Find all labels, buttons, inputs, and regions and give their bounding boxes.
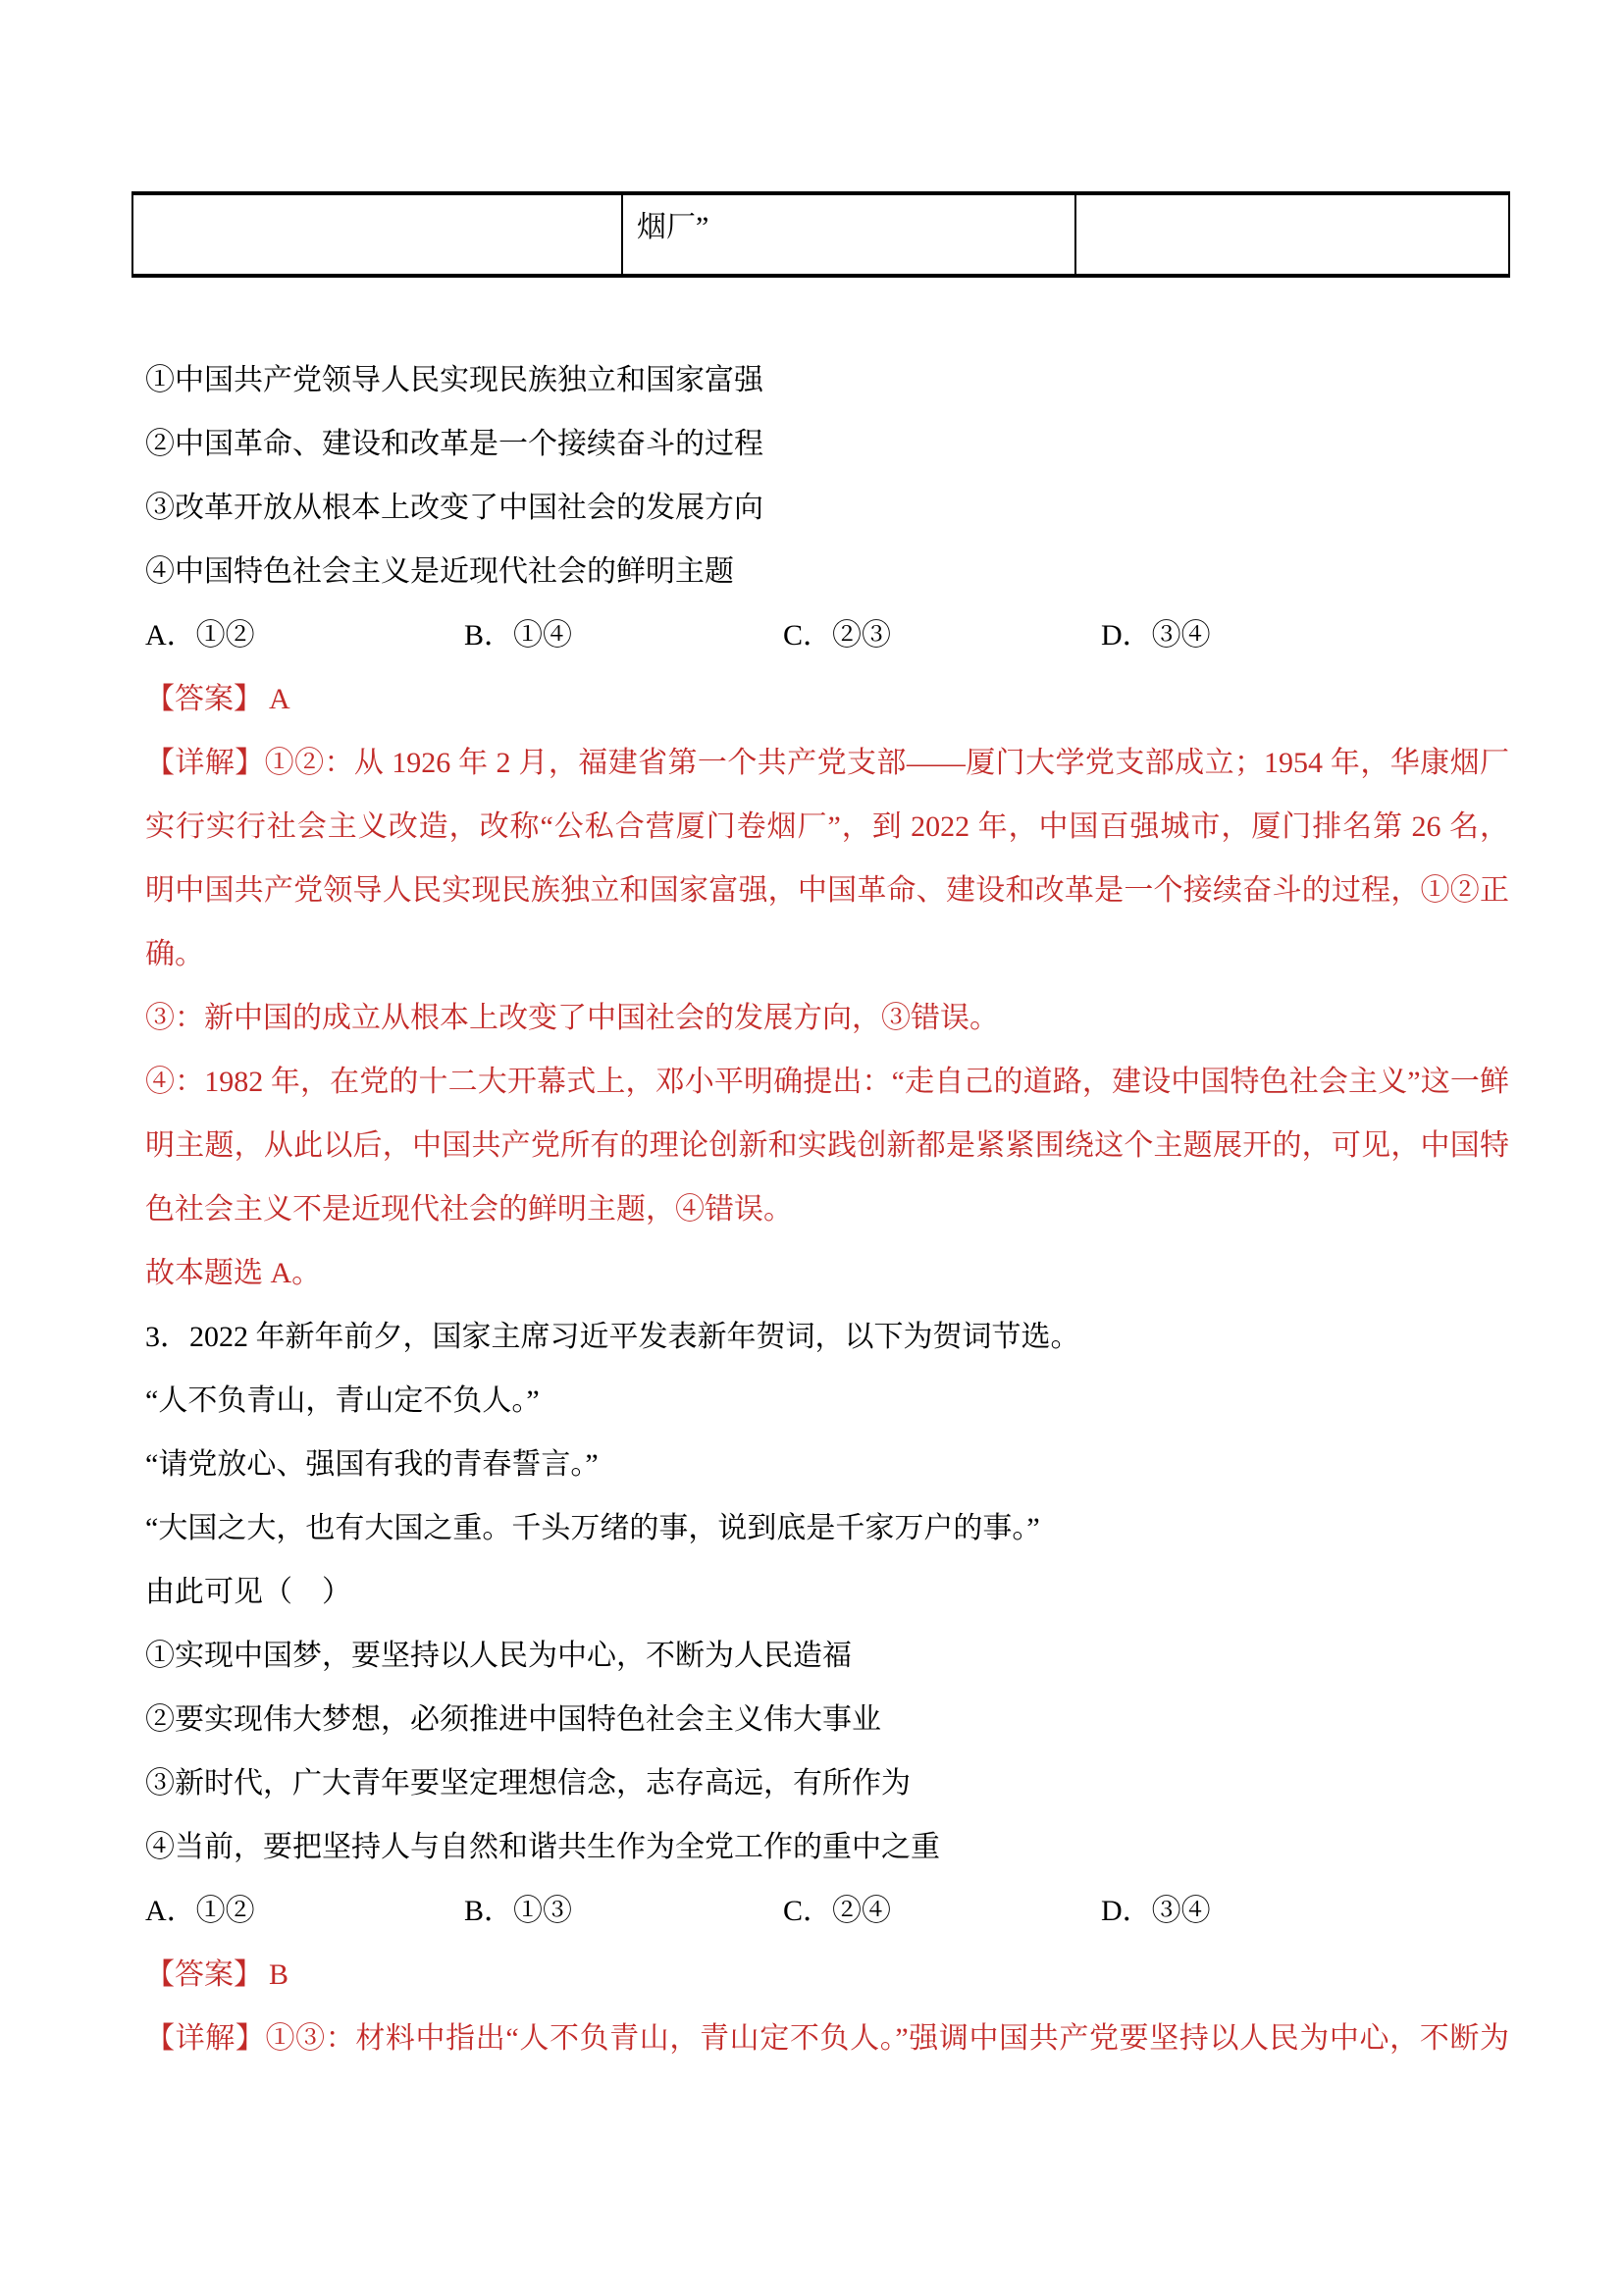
q2-options-row: A．①② B．①④ C．②③ D．③④ xyxy=(145,603,1509,667)
q3-options-row: A．①② B．①③ C．②④ D．③④ xyxy=(145,1879,1509,1943)
q2-analysis-line: 【详解】①②：从 1926 年 2 月，福建省第一个共产党支部——厦门大学党支部… xyxy=(145,731,1509,795)
q2-analysis-line: ③：新中国的成立从根本上改变了中国社会的发展方向，③错误。 xyxy=(145,986,1509,1050)
q3-answer-line: 【答案】B xyxy=(145,1943,1509,2007)
q3-prompt: 由此可见（ ） xyxy=(145,1560,1509,1624)
q2-statement-3: ③改革开放从根本上改变了中国社会的发展方向 xyxy=(145,476,1509,540)
q3-option-b: B．①③ xyxy=(464,1879,783,1943)
q2-analysis-line: ④：1982 年，在党的十二大开幕式上，邓小平明确提出：“走自己的道路，建设中国… xyxy=(145,1050,1509,1114)
q2-option-b: B．①④ xyxy=(464,603,783,667)
q3-statement-1: ①实现中国梦，要坚持以人民为中心，不断为人民造福 xyxy=(145,1624,1509,1688)
q3-option-a: A．①② xyxy=(145,1879,464,1943)
q2-analysis-line: 明主题，从此以后，中国共产党所有的理论创新和实践创新都是紧紧围绕这个主题展开的，… xyxy=(145,1114,1509,1177)
q3-quote-1: “人不负青山，青山定不负人。” xyxy=(145,1369,1509,1433)
q3-quote-2: “请党放心、强国有我的青春誓言。” xyxy=(145,1433,1509,1496)
q2-answer-line: 【答案】A xyxy=(145,667,1509,731)
q3-statement-3: ③新时代，广大青年要坚定理想信念，志存高远，有所作为 xyxy=(145,1751,1509,1815)
q2-option-c: C．②③ xyxy=(783,603,1101,667)
q2-analysis-line: 确。 xyxy=(145,922,1509,986)
q2-statement-1: ①中国共产党领导人民实现民族独立和国家富强 xyxy=(145,348,1509,412)
q3-option-d: D．③④ xyxy=(1101,1879,1509,1943)
q2-statement-2: ②中国革命、建设和改革是一个接续奋斗的过程 xyxy=(145,412,1509,476)
document-body: ①中国共产党领导人民实现民族独立和国家富强 ②中国革命、建设和改革是一个接续奋斗… xyxy=(145,348,1509,2070)
table-cell-left xyxy=(133,195,621,274)
q3-analysis-line: 【详解】①③：材料中指出“人不负青山，青山定不负人。”强调中国共产党要坚持以人民… xyxy=(145,2007,1509,2070)
q2-option-a: A．①② xyxy=(145,603,464,667)
q2-answer-value: A xyxy=(269,683,290,715)
q2-statement-4: ④中国特色社会主义是近现代社会的鲜明主题 xyxy=(145,540,1509,603)
q3-option-c: C．②④ xyxy=(783,1879,1101,1943)
carryover-table: 烟厂” xyxy=(131,191,1510,278)
q2-option-d: D．③④ xyxy=(1101,603,1509,667)
q2-conclusion-line: 故本题选 A。 xyxy=(145,1241,1509,1305)
q2-analysis-line: 色社会主义不是近现代社会的鲜明主题，④错误。 xyxy=(145,1177,1509,1241)
q3-answer-value: B xyxy=(269,1958,288,1991)
q3-answer-tag: 【答案】 xyxy=(145,1958,263,1991)
table-cell-right xyxy=(1074,195,1508,274)
q3-statement-4: ④当前，要把坚持人与自然和谐共生作为全党工作的重中之重 xyxy=(145,1815,1509,1879)
table-cell-middle: 烟厂” xyxy=(621,195,1074,274)
q3-statement-2: ②要实现伟大梦想，必须推进中国特色社会主义伟大事业 xyxy=(145,1688,1509,1751)
q3-quote-3: “大国之大，也有大国之重。千头万绪的事，说到底是千家万户的事。” xyxy=(145,1496,1509,1560)
exam-document-page: 烟厂” ①中国共产党领导人民实现民族独立和国家富强 ②中国革命、建设和改革是一个… xyxy=(0,0,1623,2296)
q3-question: 3．2022 年新年前夕，国家主席习近平发表新年贺词，以下为贺词节选。 xyxy=(145,1305,1509,1369)
q2-answer-tag: 【答案】 xyxy=(145,683,263,715)
q2-analysis-line: 明中国共产党领导人民实现民族独立和国家富强，中国革命、建设和改革是一个接续奋斗的… xyxy=(145,859,1509,922)
q2-analysis-line: 实行实行社会主义改造，改称“公私合营厦门卷烟厂”，到 2022 年，中国百强城市… xyxy=(145,795,1509,859)
